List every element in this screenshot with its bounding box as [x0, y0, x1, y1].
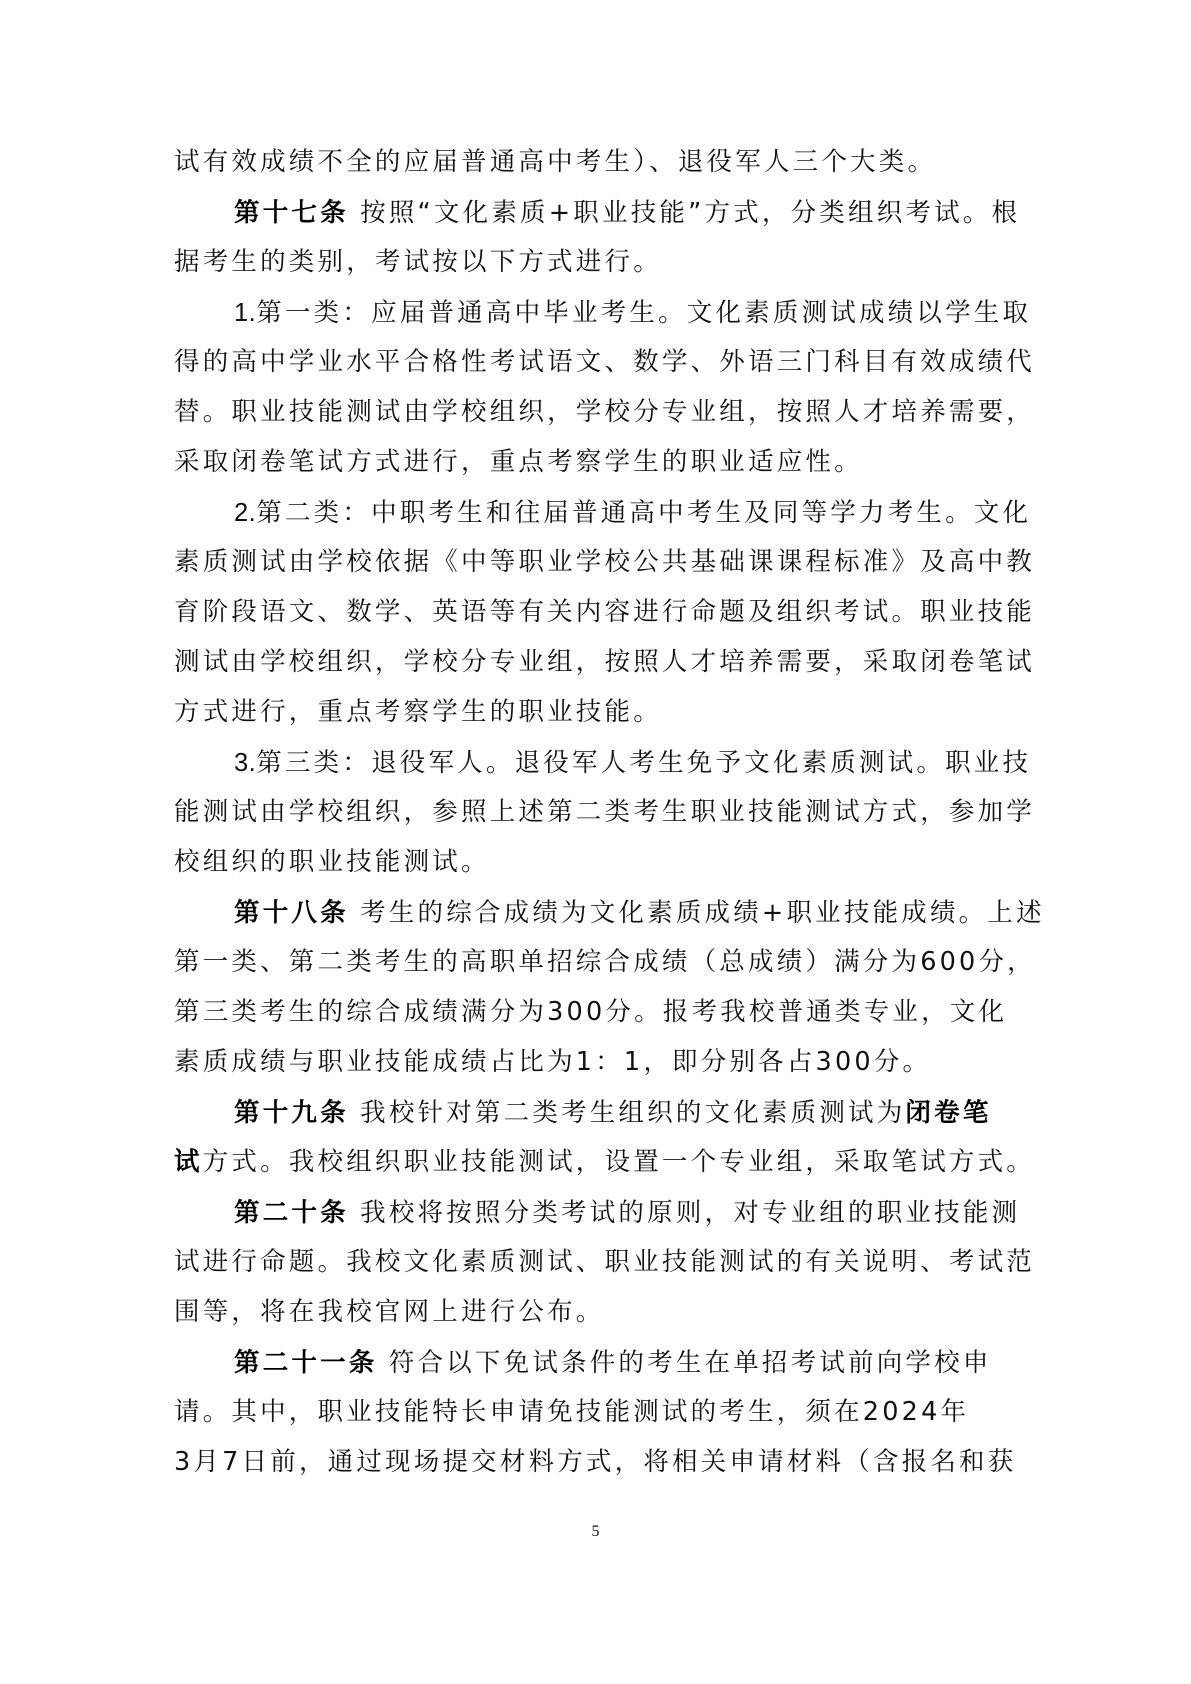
article-heading: 第十九条 — [234, 1098, 349, 1128]
article-heading: 第二十条 — [234, 1198, 349, 1228]
text-line: 试方式。我校组织职业技能测试，设置一个专业组，采取笔试方式。 — [174, 1146, 964, 1178]
text: 素质成绩与职业技能成绩占比为1：1，即分别各占300分。 — [174, 1047, 931, 1077]
category-2-line: 2.第二类：中职考生和往届普通高中考生及同等学力考生。文化 — [234, 497, 964, 529]
text-line: 请。其中，职业技能特长申请免技能测试的考生，须在2024年 — [174, 1396, 964, 1428]
text: 我校将按照分类考试的原则，对专业组的职业技能测 — [349, 1198, 1020, 1228]
article-19-line: 第十九条 我校针对第二类考生组织的文化素质测试为闭卷笔 — [234, 1097, 964, 1129]
document-page: 试有效成绩不全的应届普通高中考生）、退役军人三个大类。 第十七条 按照“文化素质… — [0, 0, 1191, 1684]
text-line: 第三类考生的综合成绩满分为300分。报考我校普通类专业，文化 — [174, 996, 964, 1028]
text: 方式。我校组织职业技能测试，设置一个专业组，采取笔试方式。 — [203, 1147, 1035, 1177]
text-line: 围等，将在我校官网上进行公布。 — [174, 1296, 964, 1328]
text-line: 素质测试由学校依据《中等职业学校公共基础课课程标准》及高中教 — [174, 546, 964, 578]
text: 试有效成绩不全的应届普通高中考生）、退役军人三个大类。 — [174, 147, 936, 177]
text: 素质测试由学校依据《中等职业学校公共基础课课程标准》及高中教 — [174, 547, 1035, 577]
text-line: 3月7日前，通过现场提交材料方式，将相关申请材料（含报名和获 — [174, 1446, 964, 1478]
article-heading: 第二十一条 — [234, 1348, 378, 1378]
text: 第一类、第二类考生的高职单招综合成绩（总成绩）满分为600分， — [174, 947, 1036, 977]
item-number: 1. — [234, 299, 256, 327]
text: 按照“文化素质+职业技能”方式，分类组织考试。根 — [349, 198, 1020, 228]
text-line: 第一类、第二类考生的高职单招综合成绩（总成绩）满分为600分， — [174, 946, 964, 978]
text: 第三类：退役军人。退役军人考生免予文化素质测试。职业技 — [256, 748, 1031, 778]
item-number: 2. — [234, 499, 256, 527]
text: 试进行命题。我校文化素质测试、职业技能测试的有关说明、考试范 — [174, 1247, 1035, 1277]
text: 我校针对第二类考生组织的文化素质测试为 — [349, 1098, 906, 1128]
text: 请。其中，职业技能特长申请免技能测试的考生，须在2024年 — [174, 1397, 969, 1427]
article-heading: 第十八条 — [234, 898, 349, 928]
category-3-line: 3.第三类：退役军人。退役军人考生免予文化素质测试。职业技 — [234, 747, 964, 779]
text: 方式进行，重点考察学生的职业技能。 — [174, 697, 662, 727]
text: 第二类：中职考生和往届普通高中考生及同等学力考生。文化 — [256, 498, 1031, 528]
article-20-line: 第二十条 我校将按照分类考试的原则，对专业组的职业技能测 — [234, 1197, 964, 1229]
text: 第一类：应届普通高中毕业考生。文化素质测试成绩以学生取 — [256, 298, 1031, 328]
text-line: 试进行命题。我校文化素质测试、职业技能测试的有关说明、考试范 — [174, 1246, 964, 1278]
text-line: 试有效成绩不全的应届普通高中考生）、退役军人三个大类。 — [174, 146, 964, 178]
text: 符合以下免试条件的考生在单招考试前向学校申 — [378, 1348, 992, 1378]
emphasis-text: 闭卷笔 — [905, 1098, 991, 1128]
text: 能测试由学校组织，参照上述第二类考生职业技能测试方式，参加学 — [174, 797, 1035, 827]
article-heading: 第十七条 — [234, 198, 349, 228]
text-line: 方式进行，重点考察学生的职业技能。 — [174, 696, 964, 728]
text: 采取闭卷笔试方式进行，重点考察学生的职业适应性。 — [174, 447, 863, 477]
text-line: 替。职业技能测试由学校组织，学校分专业组，按照人才培养需要， — [174, 396, 964, 428]
text: 围等，将在我校官网上进行公布。 — [174, 1297, 605, 1327]
text-line: 得的高中学业水平合格性考试语文、数学、外语三门科目有效成绩代 — [174, 346, 964, 378]
text: 育阶段语文、数学、英语等有关内容进行命题及组织考试。职业技能 — [174, 597, 1035, 627]
text: 测试由学校组织，学校分专业组，按照人才培养需要，采取闭卷笔试 — [174, 647, 1035, 677]
emphasis-text: 试 — [174, 1147, 203, 1177]
text-line: 育阶段语文、数学、英语等有关内容进行命题及组织考试。职业技能 — [174, 596, 964, 628]
item-number: 3. — [234, 749, 256, 777]
text-line: 能测试由学校组织，参照上述第二类考生职业技能测试方式，参加学 — [174, 796, 964, 828]
article-17-line: 第十七条 按照“文化素质+职业技能”方式，分类组织考试。根 — [234, 197, 964, 229]
article-21-line: 第二十一条 符合以下免试条件的考生在单招考试前向学校申 — [234, 1347, 964, 1379]
text-line: 据考生的类别，考试按以下方式进行。 — [174, 246, 964, 278]
text: 据考生的类别，考试按以下方式进行。 — [174, 247, 662, 277]
text: 校组织的职业技能测试。 — [174, 847, 490, 877]
text-line: 校组织的职业技能测试。 — [174, 846, 964, 878]
article-18-line: 第十八条 考生的综合成绩为文化素质成绩+职业技能成绩。上述 — [234, 897, 964, 929]
page-number: 5 — [0, 1523, 1191, 1541]
text: 第三类考生的综合成绩满分为300分。报考我校普通类专业，文化 — [174, 997, 1007, 1027]
text: 得的高中学业水平合格性考试语文、数学、外语三门科目有效成绩代 — [174, 347, 1035, 377]
text-line: 测试由学校组织，学校分专业组，按照人才培养需要，采取闭卷笔试 — [174, 646, 964, 678]
text: 替。职业技能测试由学校组织，学校分专业组，按照人才培养需要， — [174, 397, 1035, 427]
text-line: 素质成绩与职业技能成绩占比为1：1，即分别各占300分。 — [174, 1046, 964, 1078]
text-line: 采取闭卷笔试方式进行，重点考察学生的职业适应性。 — [174, 446, 964, 478]
category-1-line: 1.第一类：应届普通高中毕业考生。文化素质测试成绩以学生取 — [234, 297, 964, 329]
text: 3月7日前，通过现场提交材料方式，将相关申请材料（含报名和获 — [174, 1447, 1016, 1477]
text: 考生的综合成绩为文化素质成绩+职业技能成绩。上述 — [349, 898, 1045, 928]
